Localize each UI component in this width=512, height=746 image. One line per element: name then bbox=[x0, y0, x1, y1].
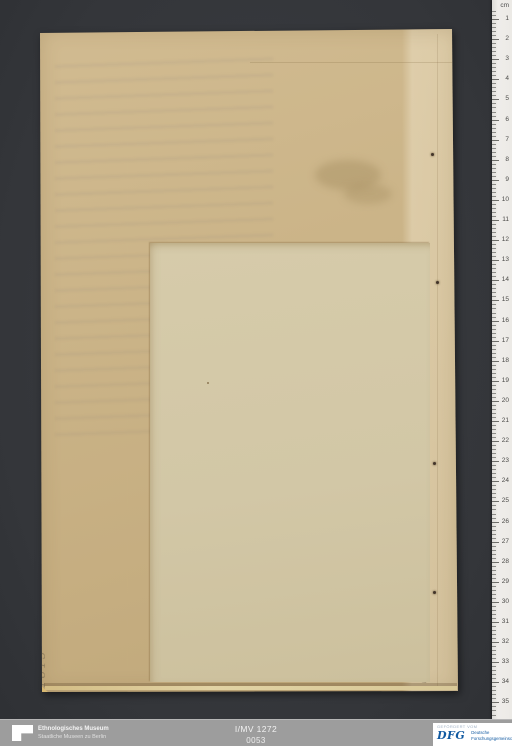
ruler-minor-tick bbox=[492, 385, 496, 386]
ruler-cm-tick bbox=[492, 160, 499, 161]
ruler-minor-tick bbox=[492, 377, 496, 378]
punch-hole bbox=[433, 462, 436, 465]
punch-hole bbox=[433, 591, 436, 594]
ruler-minor-tick bbox=[492, 469, 496, 470]
ruler-cm-tick bbox=[492, 99, 499, 100]
ruler-minor-tick bbox=[492, 698, 496, 699]
bottom-edge-highlight bbox=[45, 686, 457, 690]
ruler-minor-tick bbox=[492, 63, 496, 64]
ruler-minor-tick bbox=[492, 345, 496, 346]
ruler-cm-tick bbox=[492, 662, 499, 663]
ruler-minor-tick bbox=[492, 337, 496, 338]
ruler-cm-tick bbox=[492, 542, 499, 543]
ruler-minor-tick bbox=[492, 27, 496, 28]
ruler-minor-tick bbox=[492, 634, 496, 635]
ruler-minor-tick bbox=[492, 409, 496, 410]
ruler-number: 30 bbox=[502, 599, 509, 606]
ruler-minor-tick bbox=[492, 453, 496, 454]
ruler-minor-tick bbox=[492, 313, 496, 314]
ruler-minor-tick bbox=[492, 598, 496, 599]
ruler-minor-tick bbox=[492, 144, 496, 145]
ruler-minor-tick bbox=[492, 23, 496, 24]
ruler-number: 26 bbox=[502, 518, 509, 525]
ruler-minor-tick bbox=[492, 252, 496, 253]
ruler-cm-tick bbox=[492, 200, 499, 201]
ruler-minor-tick bbox=[492, 497, 496, 498]
ruler-minor-tick bbox=[492, 296, 496, 297]
ruler-minor-tick bbox=[492, 83, 496, 84]
ruler-minor-tick bbox=[492, 228, 496, 229]
scanned-document: 1815 50 bbox=[0, 0, 512, 746]
ruler-number: 11 bbox=[502, 217, 509, 224]
ruler-cm-tick bbox=[492, 260, 499, 261]
ruler-minor-tick bbox=[492, 95, 496, 96]
ruler-minor-tick bbox=[492, 666, 496, 667]
handwritten-year-note: 1815 bbox=[34, 628, 48, 688]
ruler-minor-tick bbox=[492, 325, 496, 326]
ruler-minor-tick bbox=[492, 308, 496, 309]
ruler-minor-tick bbox=[492, 232, 496, 233]
ruler-minor-tick bbox=[492, 457, 496, 458]
ruler-minor-tick bbox=[492, 706, 496, 707]
ruler-minor-tick bbox=[492, 107, 496, 108]
ruler-cm-tick bbox=[492, 562, 499, 563]
ruler-minor-tick bbox=[492, 196, 496, 197]
ruler-number: 9 bbox=[505, 177, 509, 184]
ruler-cm-tick bbox=[492, 39, 499, 40]
ruler-minor-tick bbox=[492, 35, 496, 36]
ruler-minor-tick bbox=[492, 148, 496, 149]
ruler-minor-tick bbox=[492, 433, 496, 434]
ruler-number: 13 bbox=[502, 257, 509, 264]
dfg-name-line2: Forschungsgemeinschaft bbox=[471, 736, 512, 741]
ruler-cm-tick bbox=[492, 381, 499, 382]
ruler-number: 34 bbox=[502, 679, 509, 686]
ruler-minor-tick bbox=[492, 272, 496, 273]
ruler-minor-tick bbox=[492, 650, 496, 651]
ruler-minor-tick bbox=[492, 514, 496, 515]
stain-smudge bbox=[344, 184, 392, 204]
ruler-cm-tick bbox=[492, 59, 499, 60]
ruler-number: 3 bbox=[505, 56, 509, 63]
ruler-minor-tick bbox=[492, 397, 496, 398]
dfg-full-name: Deutsche Forschungsgemeinschaft bbox=[471, 730, 512, 741]
ruler-number: 23 bbox=[502, 458, 509, 465]
ruler-cm-tick bbox=[492, 461, 499, 462]
ruler-minor-tick bbox=[492, 638, 496, 639]
ruler-minor-tick bbox=[492, 333, 496, 334]
ruler-minor-tick bbox=[492, 116, 496, 117]
ruler-unit-label: cm bbox=[500, 2, 509, 9]
ruler-number: 2 bbox=[505, 36, 509, 43]
ruler-minor-tick bbox=[492, 192, 496, 193]
scan-viewer-stage: 1815 50 cm 12345678910111213141516171819… bbox=[0, 0, 512, 746]
ruler-minor-tick bbox=[492, 493, 496, 494]
punch-hole bbox=[436, 281, 439, 284]
ruler-minor-tick bbox=[492, 317, 496, 318]
ruler-minor-tick bbox=[492, 112, 496, 113]
ruler-minor-tick bbox=[492, 51, 496, 52]
ruler-minor-tick bbox=[492, 236, 496, 237]
ruler-minor-tick bbox=[492, 152, 496, 153]
ruler-minor-tick bbox=[492, 405, 496, 406]
ruler-cm-tick bbox=[492, 522, 499, 523]
ruler-minor-tick bbox=[492, 75, 496, 76]
ruler-minor-tick bbox=[492, 417, 496, 418]
ruler-cm-tick bbox=[492, 642, 499, 643]
ruler-minor-tick bbox=[492, 288, 496, 289]
ruler-minor-tick bbox=[492, 91, 496, 92]
ruler-cm-tick bbox=[492, 341, 499, 342]
ruler-minor-tick bbox=[492, 710, 496, 711]
ruler-minor-tick bbox=[492, 156, 496, 157]
ruler-minor-tick bbox=[492, 268, 496, 269]
ruler-cm-tick bbox=[492, 280, 499, 281]
ruler-number: 22 bbox=[502, 438, 509, 445]
ruler-number: 12 bbox=[502, 237, 509, 244]
ruler-minor-tick bbox=[492, 473, 496, 474]
ruler-minor-tick bbox=[492, 437, 496, 438]
ruler-minor-tick bbox=[492, 646, 496, 647]
ruler-minor-tick bbox=[492, 694, 496, 695]
ruler-cm-tick bbox=[492, 361, 499, 362]
ruler-number: 1 bbox=[505, 16, 509, 23]
ruler-cm-tick bbox=[492, 120, 499, 121]
ruler-minor-tick bbox=[492, 526, 496, 527]
ruler-number: 29 bbox=[502, 579, 509, 586]
horizontal-crease bbox=[250, 62, 453, 63]
ruler-minor-tick bbox=[492, 686, 496, 687]
ruler-minor-tick bbox=[492, 128, 496, 129]
ruler-number: 14 bbox=[502, 277, 509, 284]
paper-speck bbox=[207, 382, 209, 384]
ruler-number: 33 bbox=[502, 659, 509, 666]
ruler-minor-tick bbox=[492, 429, 496, 430]
ruler-cm-tick bbox=[492, 19, 499, 20]
ruler-cm-tick bbox=[492, 441, 499, 442]
ruler-number: 15 bbox=[502, 297, 509, 304]
ruler-number: 8 bbox=[505, 156, 509, 163]
ruler-minor-tick bbox=[492, 256, 496, 257]
ruler-minor-tick bbox=[492, 670, 496, 671]
ruler-minor-tick bbox=[492, 353, 496, 354]
ruler-minor-tick bbox=[492, 570, 496, 571]
ruler-minor-tick bbox=[492, 357, 496, 358]
ruler-minor-tick bbox=[492, 594, 496, 595]
ruler-minor-tick bbox=[492, 136, 496, 137]
dfg-abbr-logotype: DFG bbox=[437, 730, 465, 741]
ruler-cm-tick bbox=[492, 421, 499, 422]
ruler-minor-tick bbox=[492, 15, 496, 16]
ruler-minor-tick bbox=[492, 389, 496, 390]
ruler-minor-tick bbox=[492, 224, 496, 225]
ruler-minor-tick bbox=[492, 55, 496, 56]
ruler-minor-tick bbox=[492, 292, 496, 293]
ruler-minor-tick bbox=[492, 614, 496, 615]
ruler-minor-tick bbox=[492, 449, 496, 450]
funder-logo-box: GEFÖRDERT VOM DFG Deutsche Forschungsgem… bbox=[433, 723, 512, 746]
ruler-minor-tick bbox=[492, 654, 496, 655]
ruler-minor-tick bbox=[492, 43, 496, 44]
ruler-minor-tick bbox=[492, 264, 496, 265]
ruler-minor-tick bbox=[492, 715, 496, 716]
ruler-number: 20 bbox=[502, 398, 509, 405]
ruler-cm-tick bbox=[492, 702, 499, 703]
ruler-minor-tick bbox=[492, 626, 496, 627]
ruler-minor-tick bbox=[492, 212, 496, 213]
ruler-number: 7 bbox=[505, 136, 509, 143]
ruler-cm-tick bbox=[492, 682, 499, 683]
ruler-minor-tick bbox=[492, 168, 496, 169]
ruler-number: 32 bbox=[502, 639, 509, 646]
ruler-cm-tick bbox=[492, 240, 499, 241]
ruler-minor-tick bbox=[492, 329, 496, 330]
ruler-minor-tick bbox=[492, 530, 496, 531]
ruler-minor-tick bbox=[492, 176, 496, 177]
dfg-logo: DFG Deutsche Forschungsgemeinschaft bbox=[437, 730, 512, 741]
ruler-number: 5 bbox=[505, 96, 509, 103]
ruler-minor-tick bbox=[492, 284, 496, 285]
ruler-number: 27 bbox=[502, 538, 509, 545]
dfg-name-line1: Deutsche bbox=[471, 730, 489, 735]
ruler-cm-tick bbox=[492, 481, 499, 482]
punch-hole bbox=[431, 153, 434, 156]
vertical-crease bbox=[437, 34, 438, 688]
ruler-minor-tick bbox=[492, 276, 496, 277]
ruler: cm 1234567891011121314151617181920212223… bbox=[492, 0, 512, 727]
ruler-minor-tick bbox=[492, 11, 496, 12]
ruler-minor-tick bbox=[492, 674, 496, 675]
ruler-minor-tick bbox=[492, 365, 496, 366]
ruler-cm-tick bbox=[492, 622, 499, 623]
ruler-minor-tick bbox=[492, 610, 496, 611]
ruler-minor-tick bbox=[492, 566, 496, 567]
ruler-minor-tick bbox=[492, 172, 496, 173]
ruler-minor-tick bbox=[492, 658, 496, 659]
ruler-number: 35 bbox=[502, 699, 509, 706]
ruler-minor-tick bbox=[492, 590, 496, 591]
ruler-minor-tick bbox=[492, 244, 496, 245]
ruler-cm-tick bbox=[492, 300, 499, 301]
ruler-minor-tick bbox=[492, 248, 496, 249]
ruler-minor-tick bbox=[492, 124, 496, 125]
ruler-number: 4 bbox=[505, 76, 509, 83]
ruler-minor-tick bbox=[492, 546, 496, 547]
ruler-minor-tick bbox=[492, 558, 496, 559]
ruler-minor-tick bbox=[492, 393, 496, 394]
ruler-number: 31 bbox=[502, 619, 509, 626]
ruler-cm-tick bbox=[492, 501, 499, 502]
ruler-minor-tick bbox=[492, 67, 496, 68]
ruler-minor-tick bbox=[492, 518, 496, 519]
ruler-cm-tick bbox=[492, 401, 499, 402]
ruler-number: 17 bbox=[502, 337, 509, 344]
ruler-minor-tick bbox=[492, 538, 496, 539]
ruler-minor-tick bbox=[492, 489, 496, 490]
ruler-number: 25 bbox=[502, 498, 509, 505]
ruler-minor-tick bbox=[492, 445, 496, 446]
ruler-minor-tick bbox=[492, 184, 496, 185]
ruler-minor-tick bbox=[492, 31, 496, 32]
ruler-minor-tick bbox=[492, 216, 496, 217]
ruler-minor-tick bbox=[492, 630, 496, 631]
ruler-minor-tick bbox=[492, 204, 496, 205]
ruler-minor-tick bbox=[492, 71, 496, 72]
ruler-number: 19 bbox=[502, 378, 509, 385]
ruler-number: 6 bbox=[505, 116, 509, 123]
ruler-minor-tick bbox=[492, 413, 496, 414]
ruler-minor-tick bbox=[492, 509, 496, 510]
ruler-number: 18 bbox=[502, 357, 509, 364]
ruler-minor-tick bbox=[492, 103, 496, 104]
ruler-number: 21 bbox=[502, 418, 509, 425]
ruler-minor-tick bbox=[492, 618, 496, 619]
ruler-minor-tick bbox=[492, 586, 496, 587]
document-front-sheet bbox=[150, 243, 430, 682]
ruler-minor-tick bbox=[492, 349, 496, 350]
ruler-minor-tick bbox=[492, 678, 496, 679]
ruler-minor-tick bbox=[492, 534, 496, 535]
ruler-cm-tick bbox=[492, 79, 499, 80]
ruler-minor-tick bbox=[492, 485, 496, 486]
ruler-number: 24 bbox=[502, 478, 509, 485]
ruler-minor-tick bbox=[492, 606, 496, 607]
ruler-minor-tick bbox=[492, 425, 496, 426]
ruler-number: 10 bbox=[502, 197, 509, 204]
ruler-minor-tick bbox=[492, 574, 496, 575]
ruler-minor-tick bbox=[492, 465, 496, 466]
ruler-minor-tick bbox=[492, 208, 496, 209]
ruler-minor-tick bbox=[492, 87, 496, 88]
ruler-cm-tick bbox=[492, 140, 499, 141]
ruler-minor-tick bbox=[492, 369, 496, 370]
ruler-minor-tick bbox=[492, 477, 496, 478]
ruler-minor-tick bbox=[492, 690, 496, 691]
ruler-cm-tick bbox=[492, 180, 499, 181]
ruler-minor-tick bbox=[492, 188, 496, 189]
ruler-cm-tick bbox=[492, 321, 499, 322]
ruler-minor-tick bbox=[492, 164, 496, 165]
ruler-minor-tick bbox=[492, 578, 496, 579]
ruler-minor-tick bbox=[492, 304, 496, 305]
ruler-minor-tick bbox=[492, 132, 496, 133]
ruler-minor-tick bbox=[492, 554, 496, 555]
ruler-cm-tick bbox=[492, 220, 499, 221]
ruler-minor-tick bbox=[492, 47, 496, 48]
ruler-number: 28 bbox=[502, 558, 509, 565]
ruler-cm-tick bbox=[492, 602, 499, 603]
ruler-cm-tick bbox=[492, 582, 499, 583]
ruler-minor-tick bbox=[492, 505, 496, 506]
ruler-number: 16 bbox=[502, 317, 509, 324]
ruler-minor-tick bbox=[492, 550, 496, 551]
ruler-minor-tick bbox=[492, 373, 496, 374]
